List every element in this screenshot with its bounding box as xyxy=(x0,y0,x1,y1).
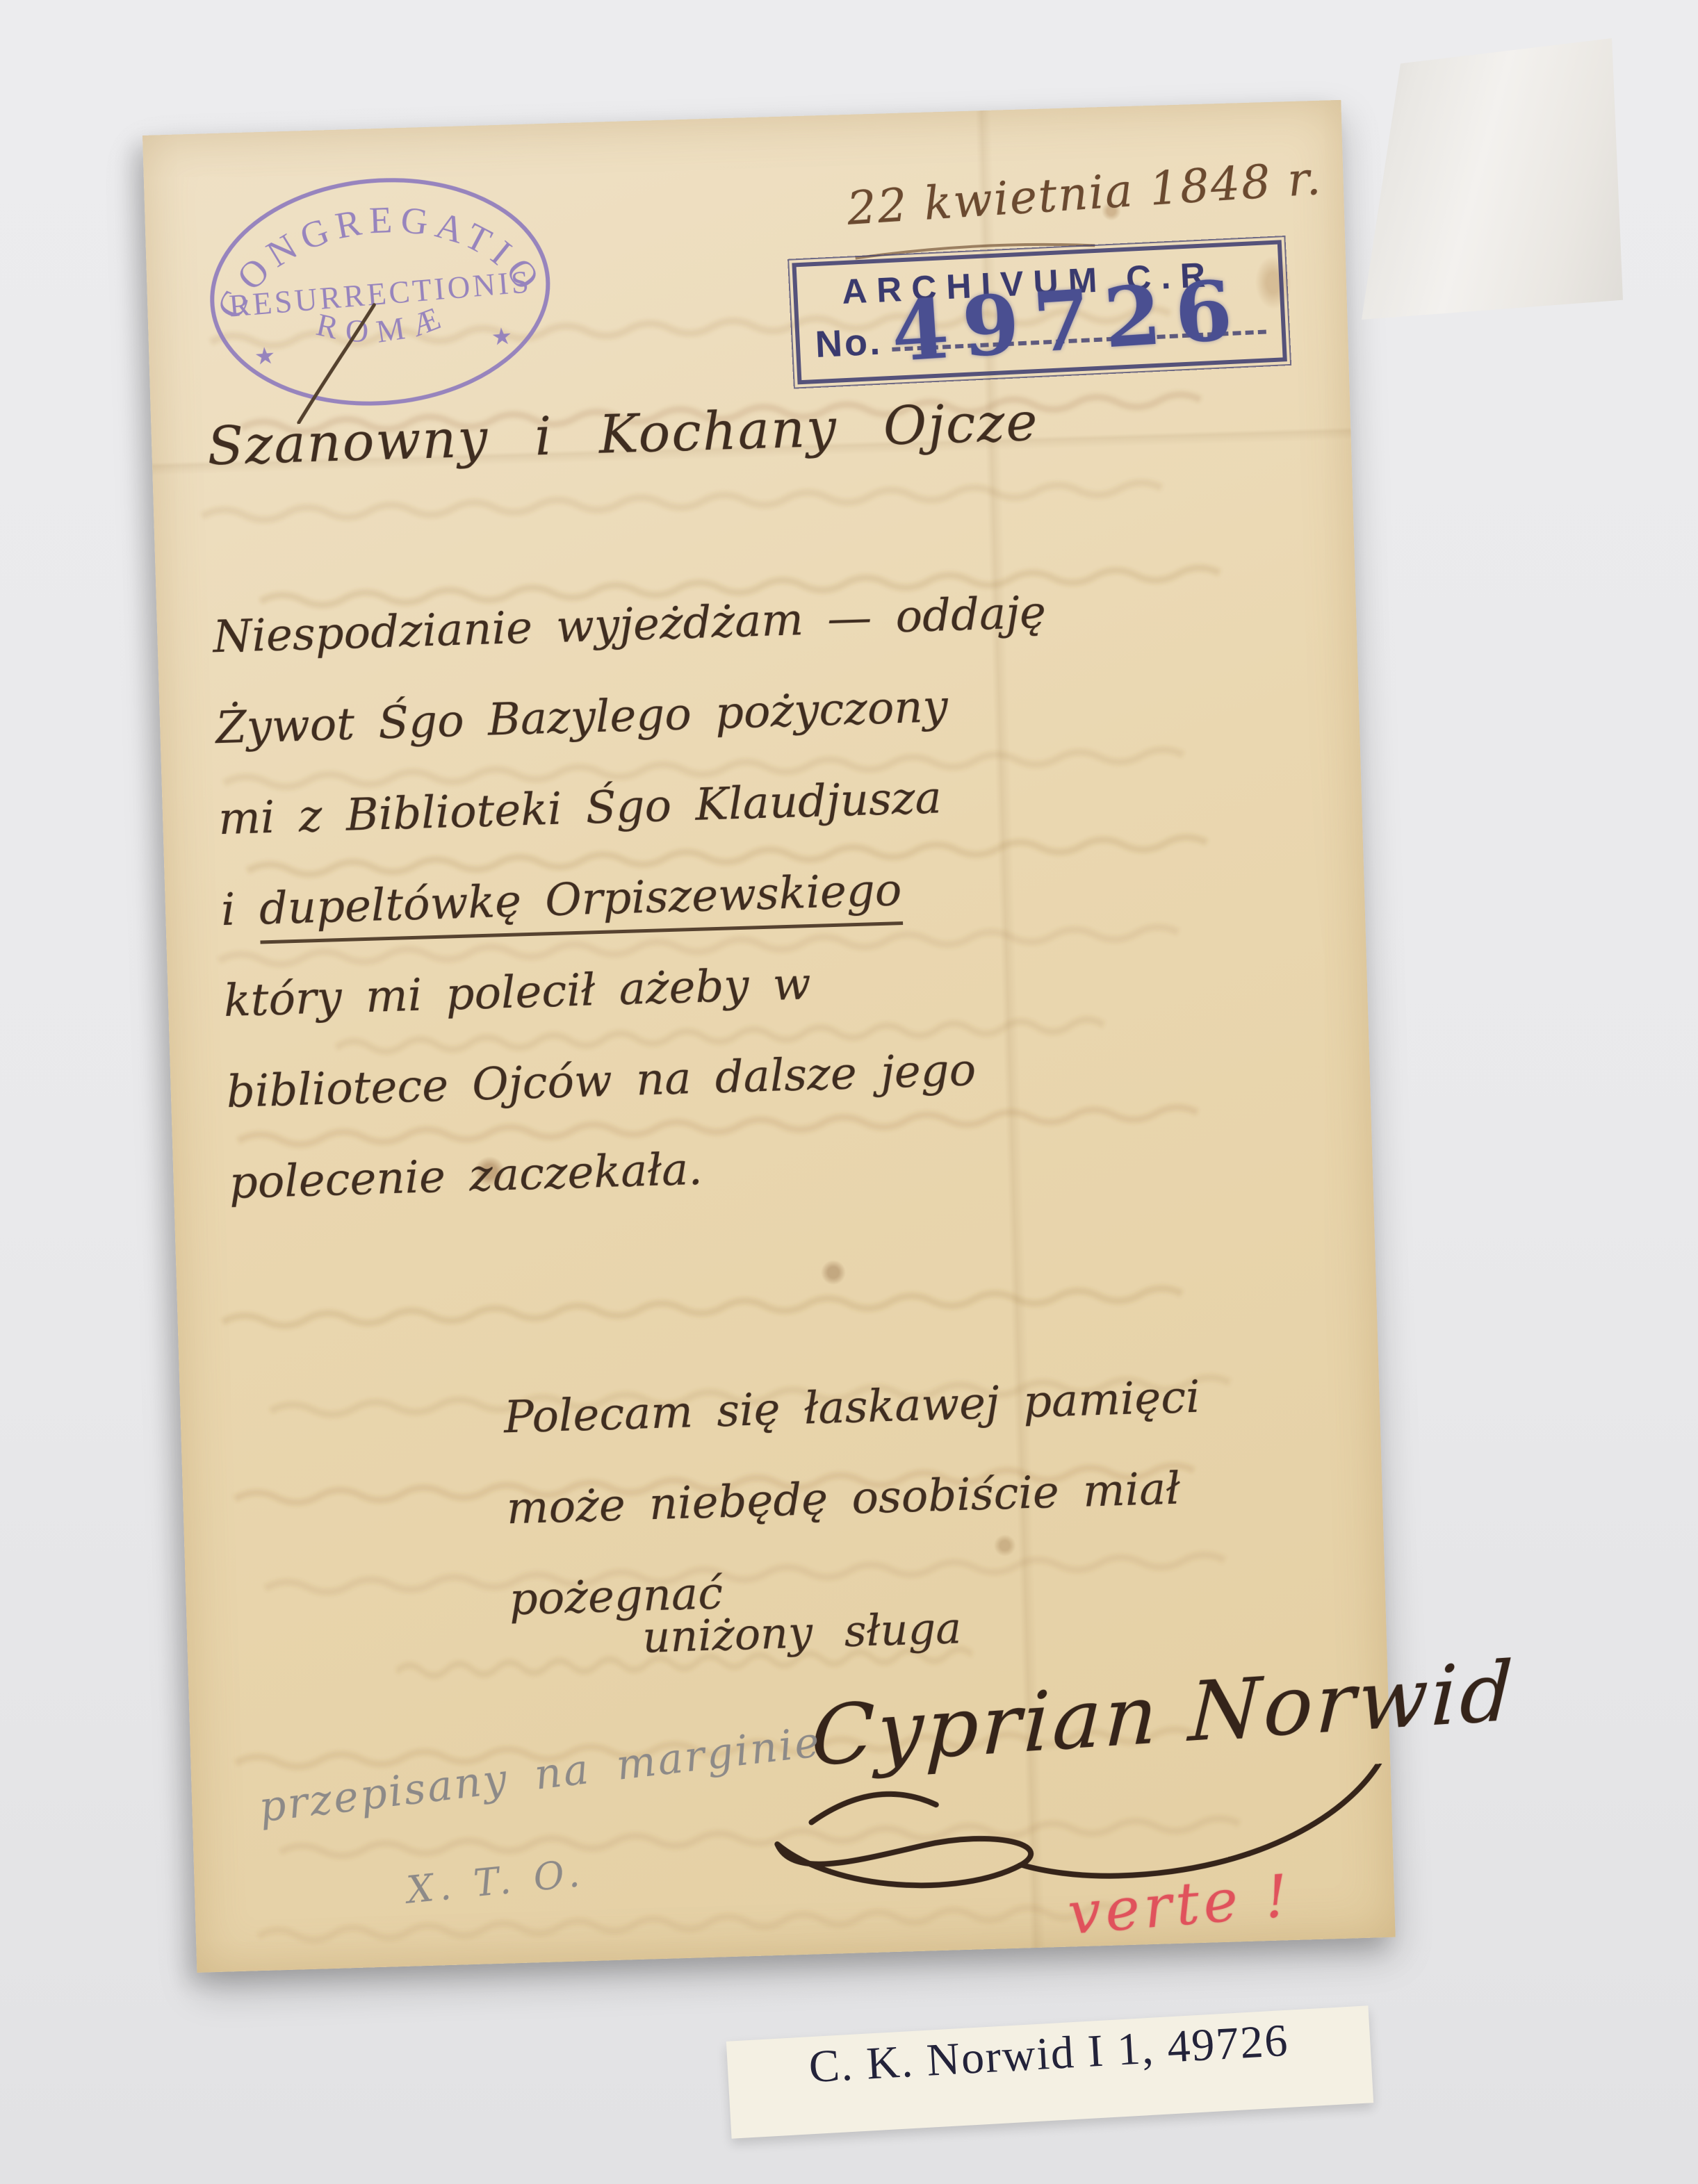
closing-paragraph: Polecam się łaskawej pamięci może niebęd… xyxy=(503,1352,1207,1646)
body-line-4-prefix: i xyxy=(220,884,260,937)
foam-block xyxy=(1345,38,1623,320)
stamp-star-left: ★ xyxy=(253,342,277,371)
body-line-4-underlined: dupeltówkę Orpiszewskiego xyxy=(259,864,903,944)
catalog-label: C. K. Norwid I 1, 49726 xyxy=(726,2005,1373,2138)
photo-scene: CONGREGATIO RESURRECTIONIS ROMÆ ★ ★ 22 k… xyxy=(0,0,1698,2184)
body-paragraph: Niespodzianie wyjeżdżam — oddaję Żywot Ś… xyxy=(212,568,1064,1229)
valediction: uniżony sługa xyxy=(642,1602,962,1663)
letter-page: CONGREGATIO RESURRECTIONIS ROMÆ ★ ★ 22 k… xyxy=(142,100,1396,1973)
date-line: 22 kwietnia 1848 r. xyxy=(845,151,1323,236)
archivum-stamp: ARCHIVUM C.R. No. 49726 xyxy=(792,240,1287,384)
archivum-no-label: No. xyxy=(814,320,883,366)
congregatio-resurrectionis-stamp: CONGREGATIO RESURRECTIONIS ROMÆ ★ ★ xyxy=(190,152,571,431)
pencil-initials: X. T. O. xyxy=(405,1850,587,1912)
catalog-label-text: C. K. Norwid I 1, 49726 xyxy=(808,2014,1290,2094)
stamp-star-right: ★ xyxy=(490,322,514,352)
